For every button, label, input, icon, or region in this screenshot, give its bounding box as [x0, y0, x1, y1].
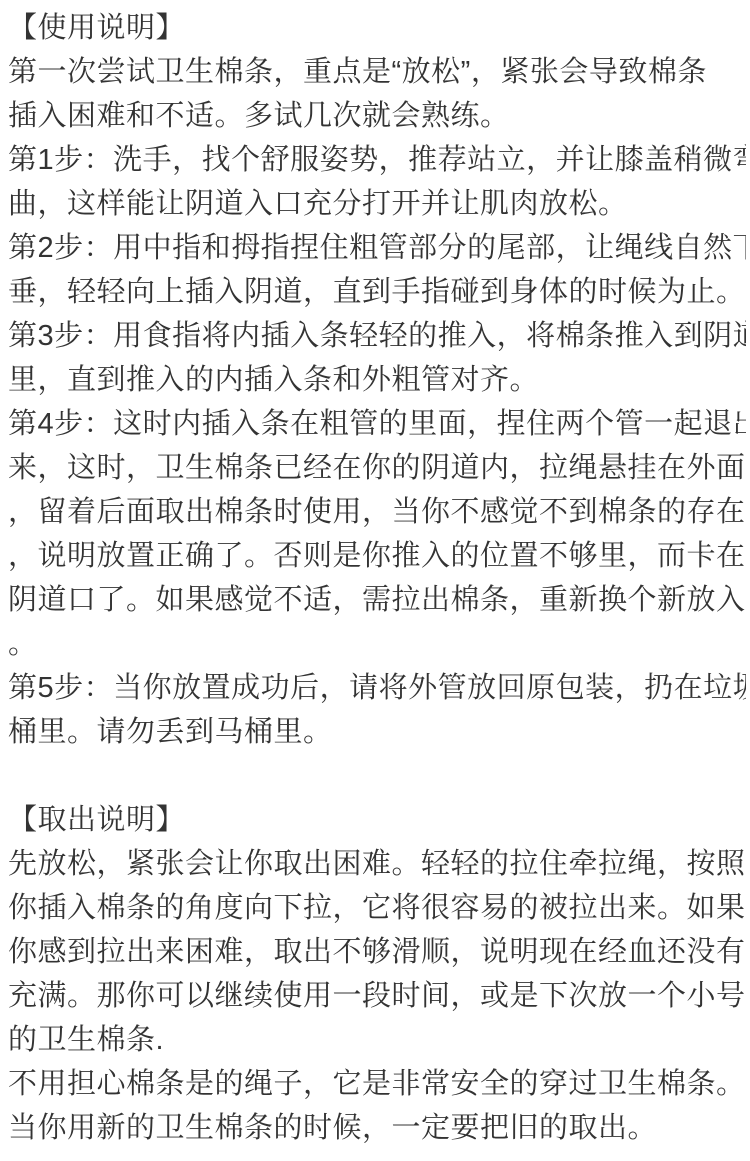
text-line: 垂，轻轻向上插入阴道，直到手指碰到身体的时候为止。 [8, 270, 746, 314]
text-line: 里，直到推入的内插入条和外粗管对齐。 [8, 358, 746, 402]
usage-instructions-title: 【使用说明】 [8, 6, 746, 50]
text-line: ，留着后面取出棉条时使用，当你不感觉不到棉条的存在 [8, 490, 746, 534]
text-line: 你感到拉出来困难，取出不够滑顺，说明现在经血还没有 [8, 930, 746, 974]
removal-instructions-section: 【取出说明】先放松，紧张会让你取出困难。轻轻的拉住牵拉绳，按照你插入棉条的角度向… [8, 798, 746, 1150]
text-line: 的卫生棉条. [8, 1018, 746, 1062]
removal-instructions-title: 【取出说明】 [8, 798, 746, 842]
text-line: 先放松，紧张会让你取出困难。轻轻的拉住牵拉绳，按照 [8, 842, 746, 886]
usage-instructions-section: 【使用说明】第一次尝试卫生棉条，重点是“放松”，紧张会导致棉条插入困难和不适。多… [8, 6, 746, 754]
text-line: 第3步：用食指将内插入条轻轻的推入，将棉条推入到阴道 [8, 314, 746, 358]
text-line: 第2步：用中指和拇指捏住粗管部分的尾部，让绳线自然下 [8, 226, 746, 270]
text-line: 桶里。请勿丢到马桶里。 [8, 710, 746, 754]
text-line: 。 [8, 622, 746, 666]
text-line: 充满。那你可以继续使用一段时间，或是下次放一个小号 [8, 974, 746, 1018]
text-line: 来，这时，卫生棉条已经在你的阴道内，拉绳悬挂在外面 [8, 446, 746, 490]
text-line: 第1步：洗手，找个舒服姿势，推荐站立，并让膝盖稍微弯 [8, 138, 746, 182]
text-line: 阴道口了。如果感觉不适，需拉出棉条，重新换个新放入 [8, 578, 746, 622]
text-line: 插入困难和不适。多试几次就会熟练。 [8, 94, 746, 138]
text-line: 当你用新的卫生棉条的时候，一定要把旧的取出。 [8, 1106, 746, 1150]
text-line: 你插入棉条的角度向下拉，它将很容易的被拉出来。如果 [8, 886, 746, 930]
instructions-document: 【使用说明】第一次尝试卫生棉条，重点是“放松”，紧张会导致棉条插入困难和不适。多… [0, 0, 750, 1161]
text-line: 第一次尝试卫生棉条，重点是“放松”，紧张会导致棉条 [8, 50, 746, 94]
text-line: 曲，这样能让阴道入口充分打开并让肌肉放松。 [8, 182, 746, 226]
text-line: 不用担心棉条是的绳子，它是非常安全的穿过卫生棉条。 [8, 1062, 746, 1106]
text-line: 第5步：当你放置成功后，请将外管放回原包装，扔在垃圾 [8, 666, 746, 710]
text-line: 第4步：这时内插入条在粗管的里面，捏住两个管一起退出 [8, 402, 746, 446]
text-line: ，说明放置正确了。否则是你推入的位置不够里，而卡在 [8, 534, 746, 578]
